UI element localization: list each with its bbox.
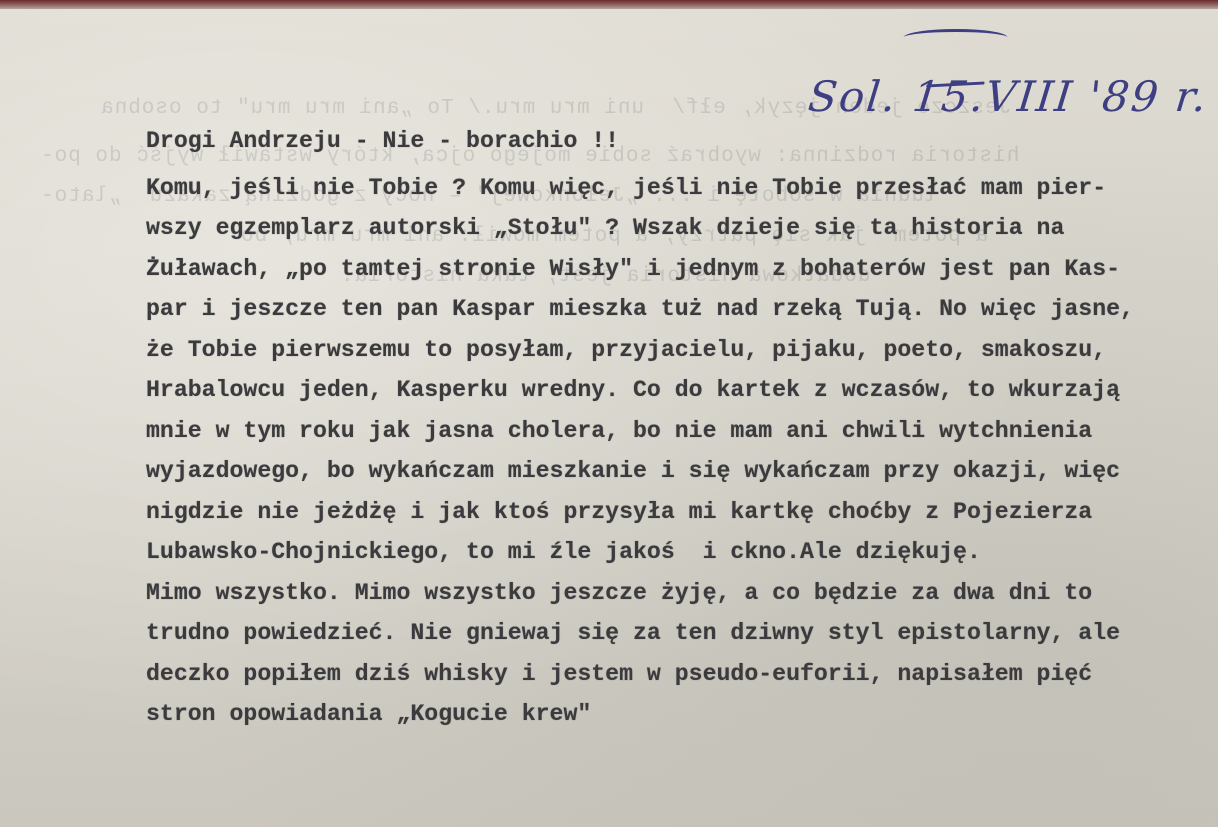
letter-line: Mimo wszystko. Mimo wszystko jeszcze żyj… (146, 573, 1216, 614)
letter-body: Drogi Andrzeju - Nie - borachio !! Komu,… (146, 121, 1216, 735)
letter-line: deczko popiłem dziś whisky i jestem w ps… (146, 654, 1216, 695)
letter-line: Hrabalowcu jeden, Kasperku wredny. Co do… (146, 370, 1216, 411)
letter-line: stron opowiadania „Kogucie krew" (146, 694, 1216, 735)
letter-line: par i jeszcze ten pan Kaspar mieszka tuż… (146, 289, 1216, 330)
letter-line: Żuławach, „po tamtej stronie Wisły" i je… (146, 249, 1216, 290)
letter-line: wyjazdowego, bo wykańczam mieszkanie i s… (146, 451, 1216, 492)
letter-line: Lubawsko-Chojnickiego, to mi źle jakoś i… (146, 532, 1216, 573)
letter-greeting: Drogi Andrzeju - Nie - borachio !! (146, 121, 1216, 162)
letter-line: nigdzie nie jeżdżę i jak ktoś przysyła m… (146, 492, 1216, 533)
handwritten-date-text: Sol. 15.VIII '89 r. (806, 72, 1211, 121)
letter-line: Komu, jeśli nie Tobie ? Komu więc, jeśli… (146, 168, 1216, 209)
letter-line: mnie w tym roku jak jasna cholera, bo ni… (146, 411, 1216, 452)
letter-line: trudno powiedzieć. Nie gniewaj się za te… (146, 613, 1216, 654)
typewritten-letter-page: Jeszcze jeden język, ełf/ uni mru mru./ … (0, 9, 1218, 827)
letter-line: wszy egzemplarz autorski „Stołu" ? Wszak… (146, 208, 1216, 249)
overline-stroke (902, 29, 1008, 46)
letter-line: że Tobie pierwszemu to posyłam, przyjaci… (146, 330, 1216, 371)
